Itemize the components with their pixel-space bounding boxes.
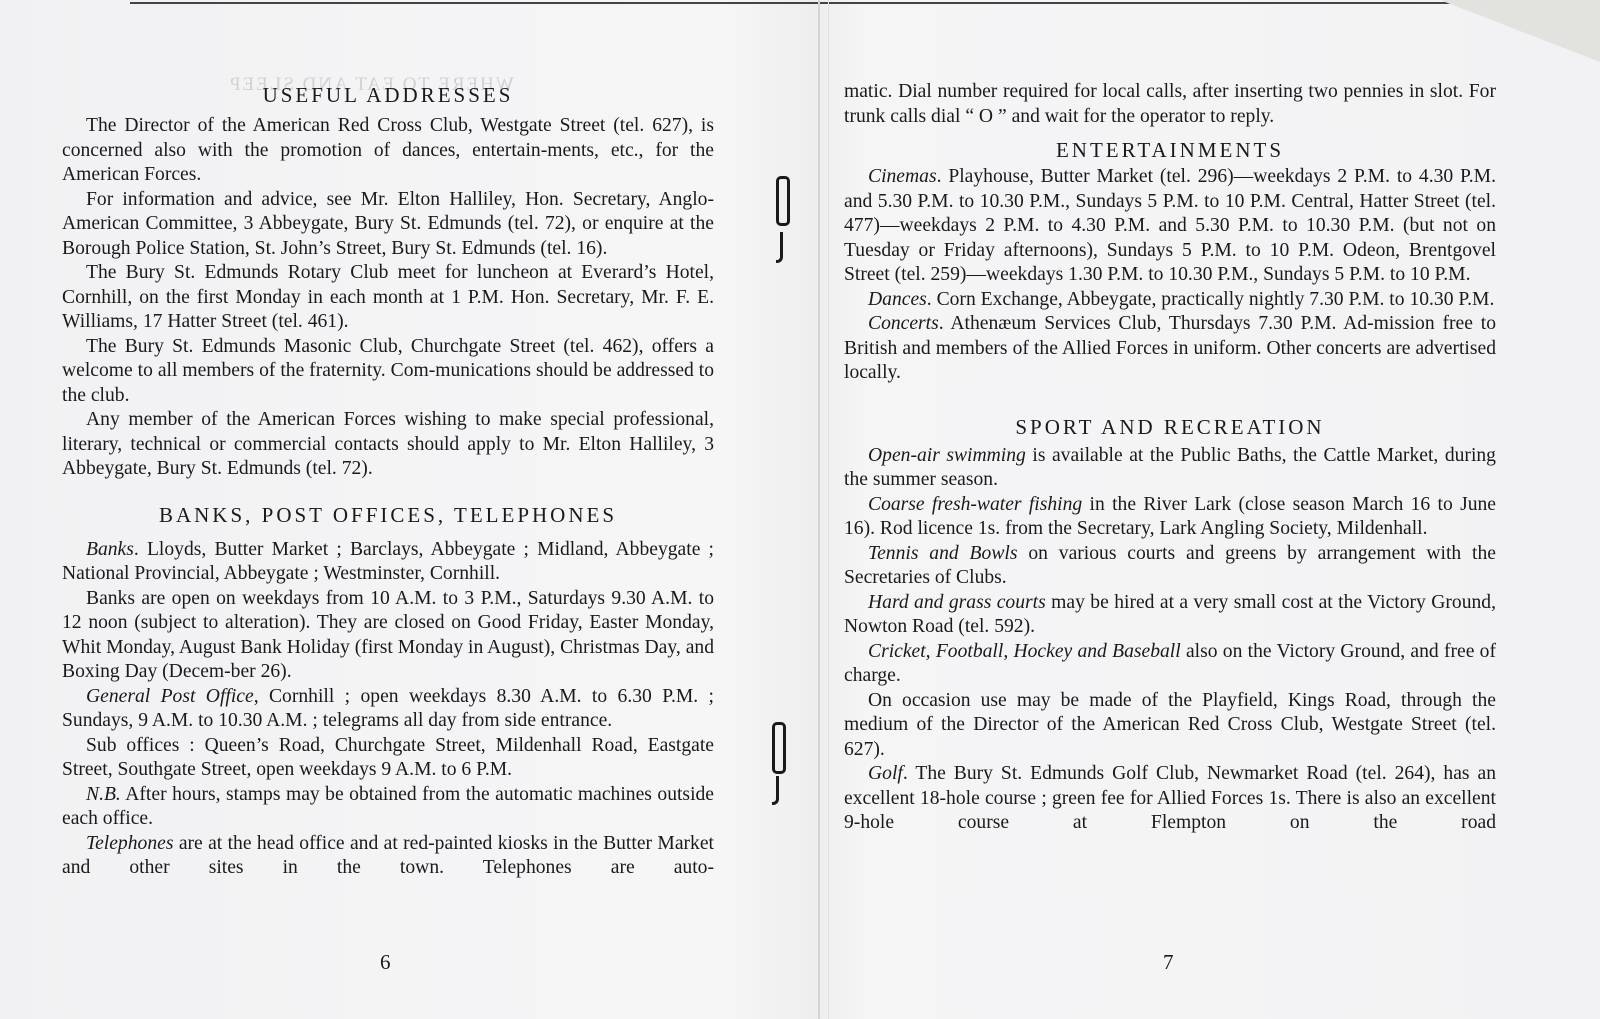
paragraph: The Bury St. Edmunds Rotary Club meet fo… — [62, 261, 714, 335]
lead-term: General Post Office — [86, 686, 254, 707]
lead-term: Banks — [86, 539, 134, 560]
staple-mark-top — [776, 176, 790, 226]
heading-useful-addresses: USEFUL ADDRESSES — [62, 80, 714, 110]
paragraph-cinemas: Cinemas. Playhouse, Butter Market (tel. … — [844, 165, 1496, 288]
lead-term: Dances — [868, 289, 927, 310]
lead-term: Concerts — [868, 313, 939, 334]
paragraph-text: After hours, stamps may be obtained from… — [62, 784, 714, 830]
lead-term: Open-air swimming — [868, 445, 1026, 466]
paragraph-concerts: Concerts. Athenæum Services Club, Thursd… — [844, 312, 1496, 386]
paragraph-text: . Corn Exchange, Abbeygate, practically … — [927, 289, 1495, 310]
paragraph: Any member of the American Forces wishin… — [62, 408, 714, 482]
page-number-right: 7 — [1163, 950, 1174, 975]
paragraph: For information and advice, see Mr. Elto… — [62, 188, 714, 262]
lead-term: Golf — [868, 763, 903, 784]
center-gutter-shadow — [828, 0, 829, 1019]
heading-banks-post-offices-telephones: BANKS, POST OFFICES, TELEPHONES — [62, 500, 714, 530]
paragraph-text: . Athenæum Services Club, Thursdays 7.30… — [844, 313, 1496, 383]
page-number-left: 6 — [380, 950, 391, 975]
right-page: matic. Dial number required for local ca… — [844, 80, 1496, 836]
lead-term: Cricket, Football, Hockey and Baseball — [868, 641, 1181, 662]
heading-entertainments: ENTERTAINMENTS — [844, 135, 1496, 165]
top-edge-line — [130, 2, 1530, 4]
booklet-spread: WHERE TO EAT AND SLEEP USEFUL ADDRESSES … — [0, 0, 1600, 1019]
continuation-paragraph: matic. Dial number required for local ca… — [844, 80, 1496, 129]
paragraph-text: . The Bury St. Edmunds Golf Club, Newmar… — [844, 763, 1496, 833]
paragraph-text: . Lloyds, Butter Market ; Barclays, Abbe… — [62, 539, 714, 585]
folded-corner — [1440, 0, 1600, 62]
paragraph-telephones: Telephones are at the head office and at… — [62, 832, 714, 881]
paragraph-nb: N.B. After hours, stamps may be obtained… — [62, 783, 714, 832]
lead-term: Hard and grass courts — [868, 592, 1046, 613]
paragraph-swimming: Open-air swimming is available at the Pu… — [844, 444, 1496, 493]
paragraph-tennis-bowls: Tennis and Bowls on various courts and g… — [844, 542, 1496, 591]
paragraph-golf: Golf. The Bury St. Edmunds Golf Club, Ne… — [844, 762, 1496, 836]
paragraph-courts: Hard and grass courts may be hired at a … — [844, 591, 1496, 640]
paragraph-fishing: Coarse fresh-water fishing in the River … — [844, 493, 1496, 542]
paragraph: The Director of the American Red Cross C… — [62, 114, 714, 188]
staple-mark-bottom — [772, 722, 786, 774]
paragraph: Sub offices : Queen’s Road, Churchgate S… — [62, 734, 714, 783]
paragraph-banks: Banks. Lloyds, Butter Market ; Barclays,… — [62, 538, 714, 587]
paragraph-dances: Dances. Corn Exchange, Abbeygate, practi… — [844, 288, 1496, 313]
left-page: USEFUL ADDRESSES The Director of the Ame… — [62, 80, 714, 881]
heading-sport-and-recreation: SPORT AND RECREATION — [844, 412, 1496, 442]
paragraph: The Bury St. Edmunds Masonic Club, Churc… — [62, 335, 714, 409]
lead-term: Tennis and Bowls — [868, 543, 1017, 564]
center-gutter — [818, 0, 820, 1019]
staple-mark-bottom-tail — [772, 776, 779, 805]
paragraph: On occasion use may be made of the Playf… — [844, 689, 1496, 763]
staple-mark-top-tail — [776, 232, 783, 263]
paragraph-post-office: General Post Office, Cornhill ; open wee… — [62, 685, 714, 734]
lead-term: N.B. — [86, 784, 121, 805]
lead-term: Telephones — [86, 833, 173, 854]
paragraph-text: . Playhouse, Butter Market (tel. 296)—we… — [844, 166, 1496, 285]
paragraph-cricket: Cricket, Football, Hockey and Baseball a… — [844, 640, 1496, 689]
lead-term: Cinemas — [868, 166, 937, 187]
paragraph: Banks are open on weekdays from 10 A.M. … — [62, 587, 714, 685]
lead-term: Coarse fresh-water fishing — [868, 494, 1082, 515]
